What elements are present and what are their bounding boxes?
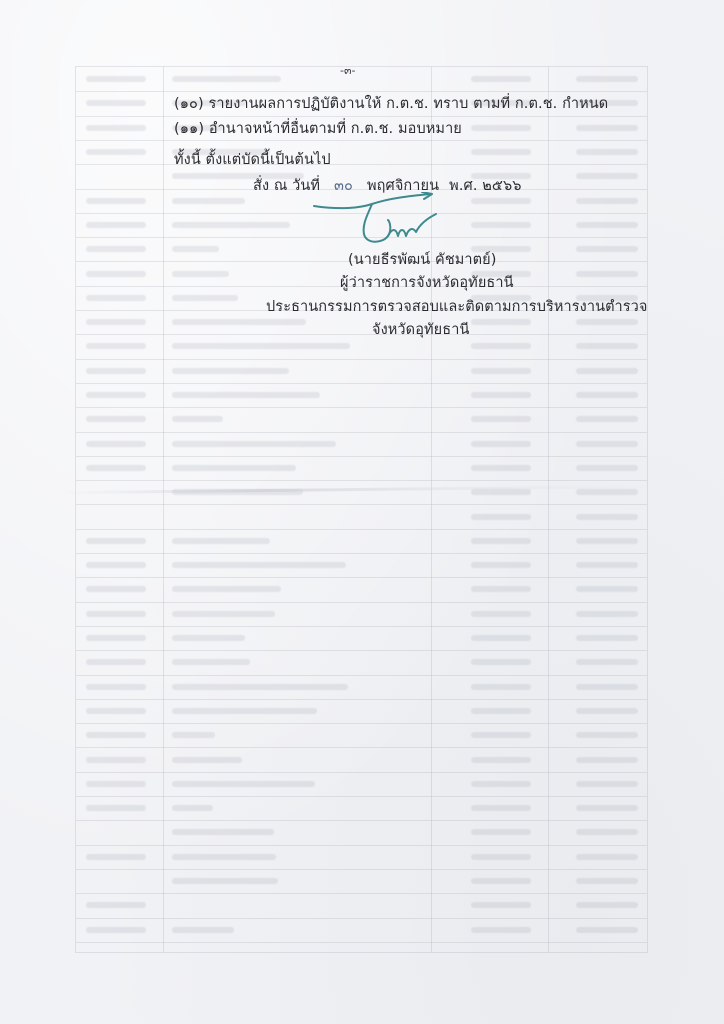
signature-icon — [310, 192, 450, 252]
document-content: -๓- (๑๐) รายงานผลการปฏิบัติงานให้ ก.ต.ช.… — [0, 0, 724, 1024]
signer-position: ผู้ว่าราชการจังหวัดอุทัยธานี — [340, 271, 514, 294]
document-page: -๓- (๑๐) รายงานผลการปฏิบัติงานให้ ก.ต.ช.… — [0, 0, 724, 1024]
page-number: -๓- — [340, 61, 355, 79]
effective-statement: ทั้งนี้ ตั้งแต่บัดนี้เป็นต้นไป — [174, 148, 331, 171]
clause-11: (๑๑) อำนาจหน้าที่อื่นตามที่ ก.ต.ช. มอบหม… — [174, 117, 462, 140]
order-date-year: พ.ศ. ๒๕๖๖ — [449, 178, 521, 194]
clause-10: (๑๐) รายงานผลการปฏิบัติงานให้ ก.ต.ช. ทรา… — [174, 92, 608, 115]
signer-name: (นายธีรพัฒน์ คัชมาตย์) — [348, 248, 497, 271]
signer-committee-role: ประธานกรรมการตรวจสอบและติดตามการบริหารงา… — [266, 295, 648, 318]
signer-province: จังหวัดอุทัยธานี — [372, 318, 469, 341]
